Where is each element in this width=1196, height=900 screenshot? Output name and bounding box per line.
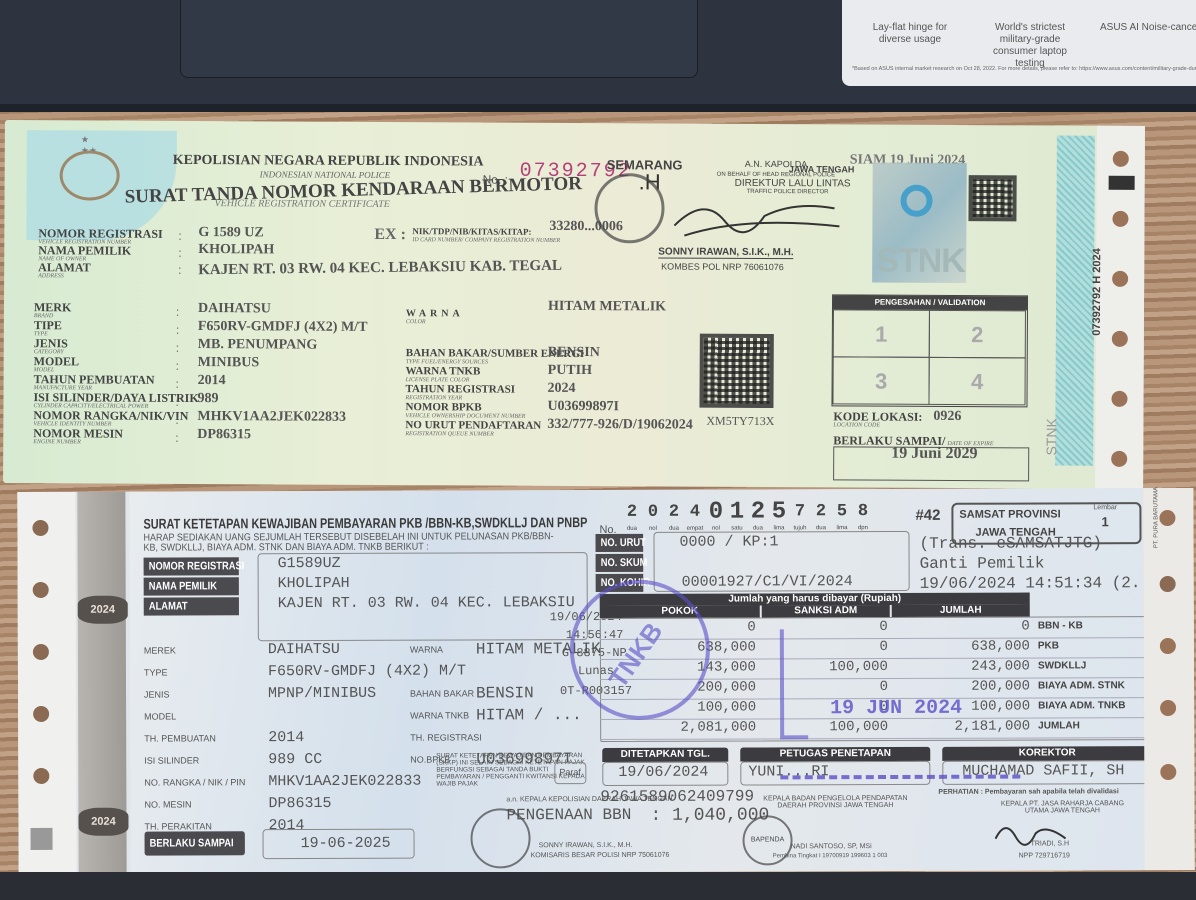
vehicle-field-right-label: TAHUN REGISTRASIREGISTRATION YEAR bbox=[405, 384, 515, 403]
number-digit: 4empat bbox=[684, 500, 705, 532]
skkp-vehicle-right-value: HITAM / ... bbox=[476, 706, 582, 724]
printer-side-text: PT. PURA BARUTAMA bbox=[1153, 487, 1159, 548]
trans-timestamp: 19/06/2024 14:51:34 (2... bbox=[920, 574, 1160, 593]
sign3-name: TRIADI, S.H bbox=[1031, 840, 1070, 847]
skkp-vehicle-value: MHKV1AA2JEK022833 bbox=[268, 773, 421, 791]
position-en: TRAFFIC POLICE DIRECTOR bbox=[747, 189, 829, 195]
vehicle-field-value: DAIHATSU bbox=[198, 301, 271, 317]
skkp-vehicle-label: JENIS bbox=[144, 690, 170, 700]
sign3-title: KEPALA PT. JASA RAHARJA CABANG UTAMA JAW… bbox=[992, 800, 1132, 814]
payment-row-label: BBN - KB bbox=[1038, 620, 1083, 631]
vehicle-field-value: MINIBUS bbox=[198, 355, 260, 371]
hash-code: #42 bbox=[915, 507, 940, 524]
label-owner: NAMA PEMILIK bbox=[144, 577, 239, 595]
dark-surface-bottom bbox=[0, 872, 1196, 900]
stnk-watermark: STNK bbox=[1043, 418, 1059, 455]
vehicle-field-right-value: 2024 bbox=[548, 381, 576, 397]
police-stamp-small bbox=[470, 808, 530, 868]
address-value: KAJEN RT. 03 RW. 04 KEC. LEBAKSIU bbox=[278, 594, 575, 612]
skkp-vehicle-label: MEREK bbox=[144, 646, 176, 656]
year-tag: 2024 bbox=[78, 808, 128, 836]
skkp-vehicle-label: MODEL bbox=[144, 712, 176, 722]
jumlah-cell: 243,000 bbox=[890, 659, 1030, 675]
pen-mark bbox=[780, 775, 1020, 780]
number-digit: 1satu bbox=[726, 500, 747, 532]
vehicle-field-value: 989 bbox=[197, 391, 218, 407]
number-digit: 2dua bbox=[621, 500, 642, 532]
number-label: No. : bbox=[483, 173, 508, 187]
address-value: KAJEN RT. 03 RW. 04 KEC. LEBAKSIU KAB. T… bbox=[198, 258, 562, 279]
label-registration: NOMOR REGISTRASI bbox=[144, 557, 239, 575]
skkp-title: SURAT KETETAPAN KEWAJIBAN PEMBAYARAN PKB… bbox=[143, 514, 587, 532]
owner-value: KHOLIPAH bbox=[278, 575, 350, 592]
payment-row-label: JUMLAH bbox=[1038, 720, 1080, 731]
sign2-name: NADI SANTOSO, SP, MSi bbox=[791, 843, 872, 850]
sign2-title: KEPALA BADAN PENGELOLA PENDAPATAN DAERAH… bbox=[750, 795, 920, 810]
asus-feature-sticker: Lay-flat hinge for diverse usage World's… bbox=[842, 0, 1196, 86]
skkp-vehicle-right-label: WARNA bbox=[410, 645, 443, 655]
vehicle-field-value: MHKV1AA2JEK022833 bbox=[197, 409, 346, 426]
skkp-vehicle-value: 989 CC bbox=[268, 751, 322, 768]
skkp-card: 2024 2024 SURAT KETETAPAN KEWAJIBAN PEMB… bbox=[17, 488, 1194, 874]
police-stamp bbox=[594, 173, 664, 243]
skkp-vehicle-label: TH. PEMBUATAN bbox=[144, 733, 216, 743]
label-address: ALAMAT bbox=[144, 597, 239, 615]
col-jumlah: JUMLAH bbox=[892, 605, 1030, 617]
skkp-vehicle-label: ISI SILINDER bbox=[144, 755, 199, 765]
owner-value: KHOLIPAH bbox=[198, 242, 274, 258]
sign2-nip: Pembina Tingkat I 19700919 199603 1 003 bbox=[773, 853, 888, 859]
police-emblem-icon bbox=[60, 150, 120, 200]
determined-label: DITETAPKAN TGL. bbox=[602, 748, 728, 762]
validation-box: PENGESAHAN / VALIDATION 1 2 3 4 bbox=[831, 294, 1028, 407]
vehicle-field-right-value: BENSIN bbox=[548, 345, 600, 361]
sign1-title: a.n. KEPALA KEPOLISIAN DAERAH JAWA TENGA… bbox=[506, 796, 672, 804]
jumlah-cell: 2,181,000 bbox=[890, 719, 1030, 735]
skkp-vehicle-right-label: BAHAN BAKAR bbox=[410, 688, 474, 698]
location-code-label: KODE LOKASI:LOCATION CODE bbox=[833, 411, 922, 429]
determined-value: 19/06/2024 bbox=[618, 764, 708, 781]
skkp-expiry-value: 19-06-2025 bbox=[301, 835, 391, 852]
jumlah-cell: 638,000 bbox=[890, 639, 1030, 655]
payment-row-label: PKB bbox=[1038, 640, 1059, 651]
signatory-name: SONNY IRAWAN, S.I.K., M.H. bbox=[658, 246, 793, 259]
qr-code-large bbox=[699, 334, 773, 408]
number-digit: 5lima bbox=[768, 499, 789, 531]
sanksi-cell: 100,000 bbox=[748, 659, 888, 675]
number-digit: 5lima bbox=[831, 499, 852, 531]
number-digit: 8dpn bbox=[852, 499, 873, 531]
skkp-vehicle-value: DP86315 bbox=[268, 795, 331, 812]
year-tag: 2024 bbox=[78, 596, 128, 624]
registration-value: G 1589 UZ bbox=[198, 225, 263, 241]
corrector-label: KOREKTOR bbox=[942, 746, 1152, 761]
skkp-vehicle-right-value: BENSIN bbox=[476, 684, 534, 702]
trans-info: (Trans. eSAMSATJTG) bbox=[919, 534, 1101, 553]
signature-stnk bbox=[664, 195, 844, 246]
number-digit: 7tujuh bbox=[789, 499, 810, 531]
skkp-vehicle-label: NO. MESIN bbox=[144, 799, 191, 809]
sign3-npp: NPP 729716719 bbox=[1019, 852, 1070, 859]
vehicle-field-right-value: PUTIH bbox=[548, 363, 592, 379]
laptop-palmrest: Lay-flat hinge for diverse usage World's… bbox=[0, 0, 1196, 112]
skkp-vehicle-label: TYPE bbox=[144, 668, 168, 678]
number-digit: 2dua bbox=[747, 499, 768, 531]
skkp-vehicle-label: NO. RANGKA / NIK / PIN bbox=[144, 777, 245, 787]
sticker-footnote: *Based on ASUS internal market research … bbox=[852, 66, 1196, 72]
expiry-date: 19 Juni 2029 bbox=[891, 445, 977, 463]
qr-code-small bbox=[968, 175, 1016, 221]
sanksi-cell: 0 bbox=[748, 639, 888, 655]
paraf-box: Paraf bbox=[554, 762, 586, 784]
skkp-vehicle-value: DAIHATSU bbox=[268, 641, 340, 658]
number-digit: 2dua bbox=[810, 499, 831, 531]
qr-code-text: XM5TY713X bbox=[706, 414, 774, 429]
vehicle-field-right-value: U03699897I bbox=[547, 399, 619, 415]
security-strip bbox=[1055, 136, 1095, 466]
nik-field: NIK/TDP/NIB/KITAS/KITAP:ID CARD NUMBER/ … bbox=[412, 226, 560, 245]
sanksi-cell: 0 bbox=[748, 619, 888, 635]
location-code: 0926 bbox=[933, 409, 961, 425]
ex-label: EX : bbox=[374, 226, 406, 244]
stnk-hologram: STNK bbox=[872, 163, 967, 283]
sanksi-cell: 0 bbox=[748, 679, 888, 695]
skkp-vehicle-value: F650RV-GMDFJ (4X2) M/T bbox=[268, 662, 466, 680]
no-kohir-value: 00001927/C1/VI/2024 bbox=[682, 573, 853, 591]
skkp-number: 2dua0nol2dua4empat0nol1satu2dua5lima7tuj… bbox=[621, 499, 873, 532]
sign1-name: SONNY IRAWAN, S.I.K., M.H. bbox=[539, 842, 633, 849]
payment-row-label: SWDKLLJ bbox=[1038, 660, 1086, 671]
vehicle-field-right-value: 332/777-926/D/19062024 bbox=[547, 417, 693, 434]
lunas-stamp-l bbox=[780, 629, 808, 739]
skkp-vehicle-value: MPNP/MINIBUS bbox=[268, 685, 376, 702]
sign1-rank: KOMISARIS BESAR POLISI NRP 75061076 bbox=[531, 852, 670, 859]
vehicle-field-right-label: NO URUT PENDAFTARANREGISTRATION QUEUE NU… bbox=[405, 420, 541, 439]
touchpad bbox=[180, 0, 698, 78]
region: JAWA TENGAH bbox=[789, 164, 855, 174]
vehicle-field-right-label: NOMOR BPKBVEHICLE OWNERSHIP DOCUMENT NUM… bbox=[405, 402, 525, 421]
label-no-urut: NO. URUT bbox=[595, 534, 643, 552]
payment-notice: PERHATIAN : Pembayaran sah apabila telah… bbox=[938, 788, 1118, 796]
payment-row-label: BIAYA ADM. TNKB bbox=[1038, 700, 1125, 711]
number-digit: 0nol bbox=[705, 500, 726, 532]
skkp-vehicle-right-label: TH. REGISTRASI bbox=[410, 732, 482, 742]
sanksi-cell: 100,000 bbox=[748, 719, 888, 735]
vehicle-field-right-value: HITAM METALIK bbox=[548, 299, 666, 316]
number-digit: 0nol bbox=[642, 500, 663, 532]
signatory-rank: KOMBES POL NRP 76061076 bbox=[661, 261, 784, 272]
perforated-edge-left bbox=[17, 492, 76, 874]
vehicle-field-value: DP86315 bbox=[197, 427, 251, 443]
side-serial: 07392792 H 2024 bbox=[1091, 248, 1103, 336]
paid-date-stamp: 19 JUN 2024 bbox=[830, 697, 962, 720]
position: DIREKTUR LALU LINTAS bbox=[735, 178, 851, 190]
perforated-edge-right: PT. PURA BARUTAMA bbox=[1143, 488, 1194, 870]
vehicle-field-value: F650RV-GMDFJ (4X2) M/T bbox=[198, 319, 368, 336]
agency-title: KEPOLISIAN NEGARA REPUBLIK INDONESIA bbox=[173, 153, 484, 171]
vehicle-field-label: NOMOR MESINENGINE NUMBER bbox=[33, 428, 123, 446]
vehicle-field-right-label: WARNACOLOR bbox=[406, 308, 464, 326]
officer-label: PETUGAS PENETAPAN bbox=[740, 747, 930, 762]
skkp-subtitle: HARAP SEDIAKAN UANG SEJUMLAH TERSEBUT DI… bbox=[143, 532, 566, 553]
skkp-main: SURAT KETETAPAN KEWAJIBAN PEMBAYARAN PKB… bbox=[129, 488, 1142, 874]
skkp-vehicle-right-label: WARNA TNKB bbox=[410, 710, 469, 720]
col-sanksi: SANKSI ADM bbox=[762, 605, 890, 617]
hinge-icon-feature: Lay-flat hinge for diverse usage bbox=[870, 22, 950, 46]
shield-star-icon-feature: World's strictest military-grade consume… bbox=[982, 22, 1078, 70]
vehicle-field-value: 2014 bbox=[198, 373, 226, 389]
vehicle-field-value: MB. PENUMPANG bbox=[198, 337, 318, 354]
no-urut-value: 0000 / KP:1 bbox=[679, 533, 778, 550]
payment-row-label: BIAYA ADM. STNK bbox=[1038, 680, 1125, 691]
registration-value: G1589UZ bbox=[278, 555, 341, 572]
microphone-icon-feature: ASUS AI Noise-canceling Audio for clear … bbox=[1100, 22, 1196, 34]
skkp-vehicle-label: TH. PERAKITAN bbox=[144, 821, 211, 831]
stnk-card: ★★★ KEPOLISIAN NEGARA REPUBLIK INDONESIA… bbox=[3, 120, 1145, 489]
vehicle-field-right-label: WARNA TNKBLICENSE PLATE COLOR bbox=[406, 366, 481, 384]
document-title-en: VEHICLE REGISTRATION CERTIFICATE bbox=[214, 198, 389, 210]
skkp-expiry-label: BERLAKU SAMPAI bbox=[145, 831, 245, 855]
field-address: ALAMATADDRESS bbox=[38, 262, 91, 280]
skkp-vehicle-value: 2014 bbox=[268, 729, 304, 746]
trans-type: Ganti Pemilik bbox=[920, 554, 1045, 572]
pokok-cell: 2,081,000 bbox=[616, 719, 756, 735]
number-digit: 2dua bbox=[663, 500, 684, 532]
jumlah-cell: 0 bbox=[890, 619, 1030, 635]
jumlah-cell: 200,000 bbox=[890, 679, 1030, 695]
issuing-city: SEMARANG bbox=[607, 157, 683, 172]
label-no-skum: NO. SKUM bbox=[596, 554, 644, 572]
